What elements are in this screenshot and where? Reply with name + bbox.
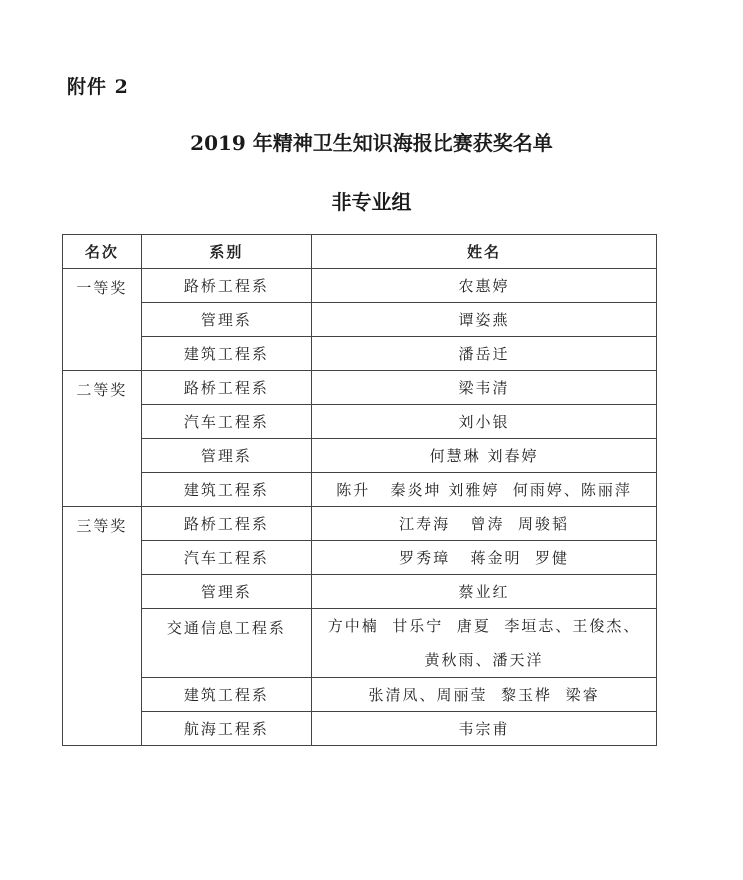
names-cell: 罗秀璋 蒋金明 罗健: [312, 541, 657, 575]
department-cell: 汽车工程系: [141, 405, 311, 439]
names-cell: 梁韦清: [312, 371, 657, 405]
department-cell: 管理系: [141, 575, 311, 609]
rank-cell-third-prize: 三等奖: [63, 507, 142, 746]
department-cell: 航海工程系: [141, 712, 311, 746]
table-header-row: 名次 系别 姓名: [63, 235, 657, 269]
names-cell: 刘小银: [312, 405, 657, 439]
department-cell: 建筑工程系: [141, 678, 311, 712]
table-row: 管理系 何慧琳 刘春婷: [63, 439, 657, 473]
names-cell: 韦宗甫: [312, 712, 657, 746]
awards-table: 名次 系别 姓名 一等奖 路桥工程系 农惠婷 管理系 谭姿燕 建筑工程系 潘岳迁…: [62, 234, 657, 746]
column-header-department: 系别: [141, 235, 311, 269]
department-cell: 建筑工程系: [141, 337, 311, 371]
names-cell: 潘岳迁: [312, 337, 657, 371]
names-cell: 陈升 秦炎坤 刘雅婷 何雨婷、陈丽萍: [312, 473, 657, 507]
names-cell: 何慧琳 刘春婷: [312, 439, 657, 473]
table-row: 三等奖 路桥工程系 江寿海 曾涛 周骏韬: [63, 507, 657, 541]
table-row: 二等奖 路桥工程系 梁韦清: [63, 371, 657, 405]
column-header-names: 姓名: [312, 235, 657, 269]
names-line-1: 方中楠 甘乐宁 唐夏 李垣志、王俊杰、: [312, 609, 656, 643]
names-cell: 蔡业红: [312, 575, 657, 609]
names-cell: 江寿海 曾涛 周骏韬: [312, 507, 657, 541]
table-row: 管理系 蔡业红: [63, 575, 657, 609]
department-cell: 路桥工程系: [141, 269, 311, 303]
department-cell: 路桥工程系: [141, 507, 311, 541]
table-row: 管理系 谭姿燕: [63, 303, 657, 337]
table-row: 航海工程系 韦宗甫: [63, 712, 657, 746]
table-row: 建筑工程系 陈升 秦炎坤 刘雅婷 何雨婷、陈丽萍: [63, 473, 657, 507]
department-cell: 管理系: [141, 439, 311, 473]
names-cell: 谭姿燕: [312, 303, 657, 337]
names-cell: 方中楠 甘乐宁 唐夏 李垣志、王俊杰、 黄秋雨、潘天洋: [312, 609, 657, 678]
column-header-rank: 名次: [63, 235, 142, 269]
table-row: 一等奖 路桥工程系 农惠婷: [63, 269, 657, 303]
attachment-label: 附件 2: [67, 72, 129, 99]
department-cell: 管理系: [141, 303, 311, 337]
names-cell: 农惠婷: [312, 269, 657, 303]
table-row: 交通信息工程系 方中楠 甘乐宁 唐夏 李垣志、王俊杰、 黄秋雨、潘天洋: [63, 609, 657, 678]
names-line-2: 黄秋雨、潘天洋: [312, 643, 656, 677]
department-cell: 路桥工程系: [141, 371, 311, 405]
department-cell: 建筑工程系: [141, 473, 311, 507]
rank-cell-first-prize: 一等奖: [63, 269, 142, 371]
names-cell: 张清凤、周丽莹 黎玉桦 梁睿: [312, 678, 657, 712]
table-row: 汽车工程系 罗秀璋 蒋金明 罗健: [63, 541, 657, 575]
table-row: 建筑工程系 潘岳迁: [63, 337, 657, 371]
document-title: 2019 年精神卫生知识海报比赛获奖名单: [0, 127, 743, 156]
group-subtitle: 非专业组: [0, 186, 743, 215]
table-row: 汽车工程系 刘小银: [63, 405, 657, 439]
department-cell: 汽车工程系: [141, 541, 311, 575]
table-row: 建筑工程系 张清凤、周丽莹 黎玉桦 梁睿: [63, 678, 657, 712]
department-cell: 交通信息工程系: [141, 609, 311, 678]
rank-cell-second-prize: 二等奖: [63, 371, 142, 507]
